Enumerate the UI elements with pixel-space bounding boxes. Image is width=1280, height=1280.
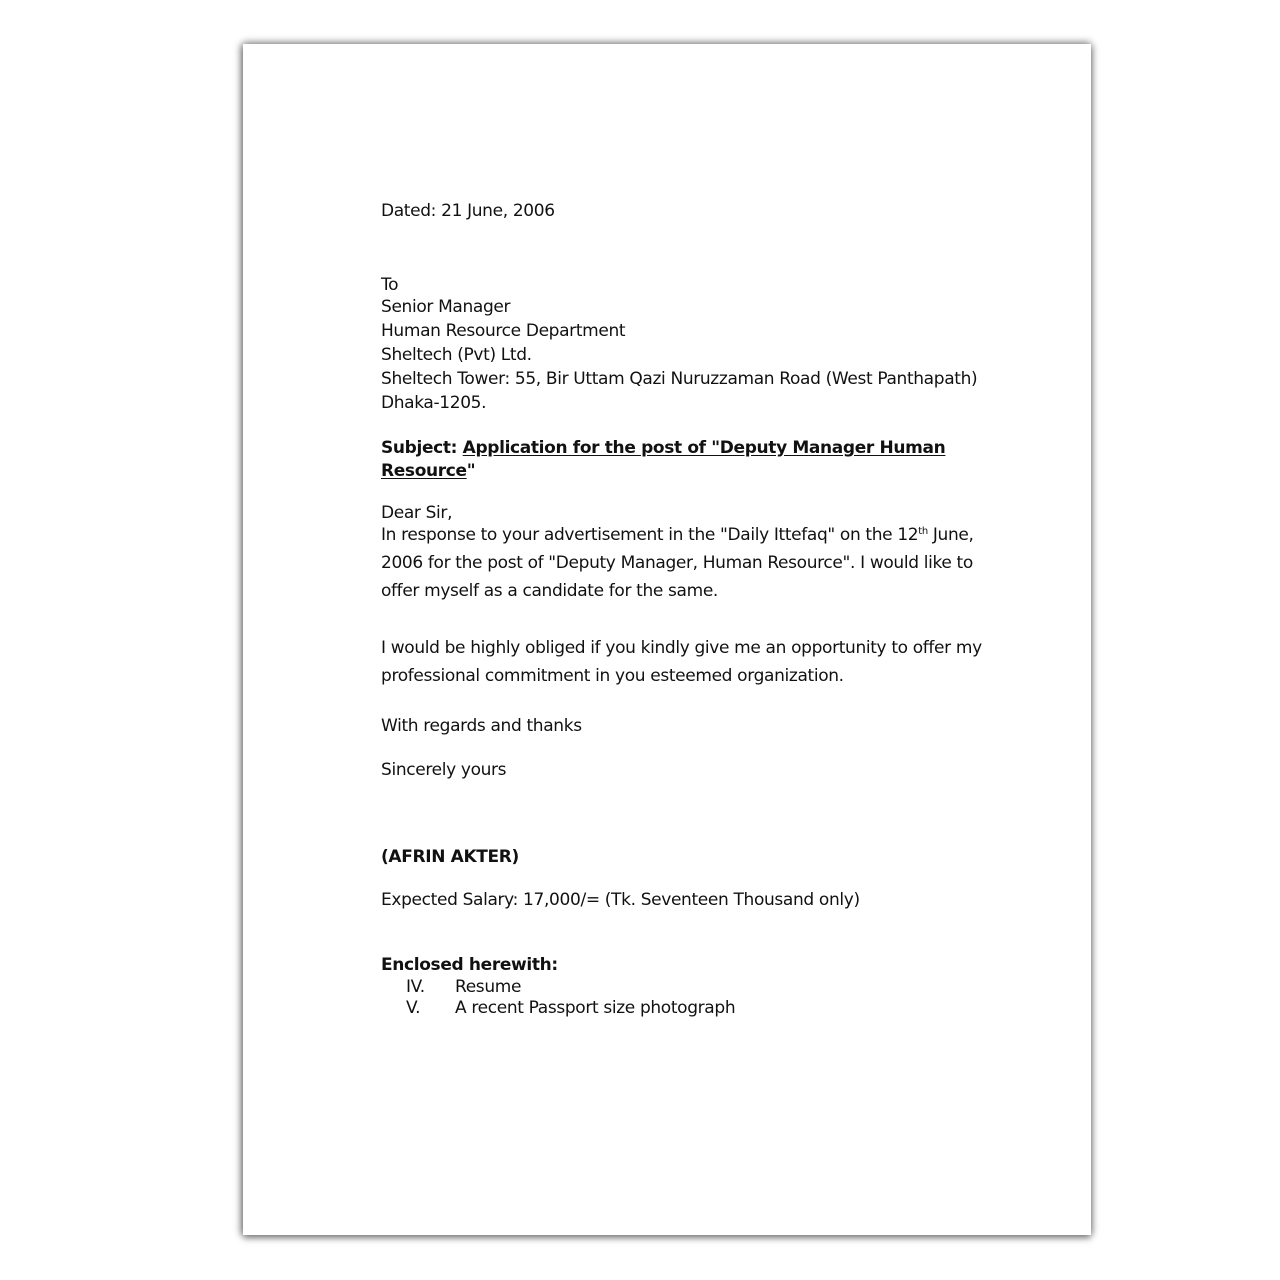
recipient-title: Senior Manager <box>381 296 510 318</box>
subject-text-cont: Resource <box>381 461 467 481</box>
signature-name: (AFRIN AKTER) <box>381 846 519 868</box>
document-page: Dated: 21 June, 2006 To Senior Manager H… <box>243 44 1091 1235</box>
body1-line2: 2006 for the post of "Deputy Manager, Hu… <box>381 552 973 574</box>
recipient-company: Sheltech (Pvt) Ltd. <box>381 344 532 366</box>
enclosure-number: V. <box>381 997 455 1019</box>
closing-sincerely: Sincerely yours <box>381 759 506 781</box>
subject-line-2: Resource" <box>381 460 475 482</box>
closing-regards: With regards and thanks <box>381 715 582 737</box>
body1-line1-post: June, <box>928 525 974 545</box>
enclosures-heading: Enclosed herewith: <box>381 954 558 976</box>
subject-label: Subject: <box>381 438 463 458</box>
salutation: Dear Sir, <box>381 502 452 524</box>
enclosure-item: IV.Resume <box>381 976 521 998</box>
enclosure-text: Resume <box>455 977 521 997</box>
subject-line-1: Subject: Application for the post of "De… <box>381 437 945 459</box>
recipient-address: Sheltech Tower: 55, Bir Uttam Qazi Nuruz… <box>381 368 977 390</box>
enclosure-number: IV. <box>381 976 455 998</box>
body1-line3: offer myself as a candidate for the same… <box>381 580 718 602</box>
recipient-to: To <box>381 274 398 296</box>
recipient-city: Dhaka-1205. <box>381 392 486 414</box>
body1-line1-pre: In response to your advertisement in the… <box>381 525 918 545</box>
enclosure-text: A recent Passport size photograph <box>455 998 735 1018</box>
body2-line1: I would be highly obliged if you kindly … <box>381 637 982 659</box>
ordinal-suffix: th <box>918 526 928 537</box>
letter-date: Dated: 21 June, 2006 <box>381 200 555 222</box>
expected-salary: Expected Salary: 17,000/= (Tk. Seventeen… <box>381 889 860 911</box>
subject-tail: " <box>467 461 476 481</box>
body1-line1: In response to your advertisement in the… <box>381 524 974 546</box>
subject-text: Application for the post of "Deputy Mana… <box>463 438 946 458</box>
recipient-department: Human Resource Department <box>381 320 625 342</box>
enclosure-item: V.A recent Passport size photograph <box>381 997 735 1019</box>
body2-line2: professional commitment in you esteemed … <box>381 665 844 687</box>
